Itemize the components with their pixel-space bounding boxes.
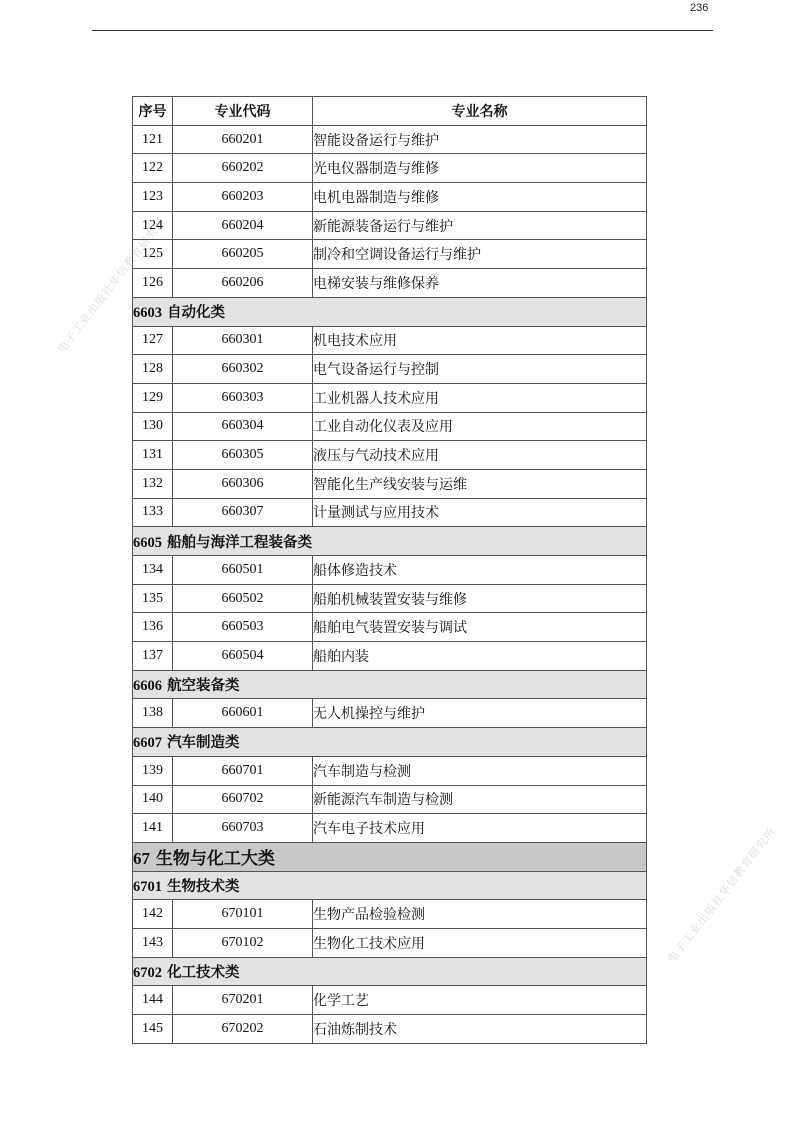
category-code: 6701 <box>133 879 162 895</box>
code-cell: 660303 <box>173 383 313 412</box>
name-cell: 汽车电子技术应用 <box>313 814 647 843</box>
name-cell: 汽车制造与检测 <box>313 756 647 785</box>
name-cell: 化学工艺 <box>313 986 647 1015</box>
name-cell: 船体修造技术 <box>313 556 647 585</box>
table-row: 142670101生物产品检验检测 <box>133 900 647 929</box>
category-cell: 6605 船舶与海洋工程装备类 <box>133 527 647 556</box>
table-row: 129660303工业机器人技术应用 <box>133 383 647 412</box>
name-cell: 计量测试与应用技术 <box>313 498 647 527</box>
table-row: 137660504船舶内装 <box>133 642 647 671</box>
name-cell: 电机电器制造与维修 <box>313 183 647 212</box>
category-cell: 6701 生物技术类 <box>133 871 647 900</box>
code-cell: 660304 <box>173 412 313 441</box>
table-row: 130660304工业自动化仪表及应用 <box>133 412 647 441</box>
category-name: 航空装备类 <box>167 678 240 694</box>
name-cell: 机电技术应用 <box>313 326 647 355</box>
seq-cell: 121 <box>133 125 173 154</box>
code-cell: 660203 <box>173 183 313 212</box>
seq-cell: 132 <box>133 469 173 498</box>
table-row: 139660701汽车制造与检测 <box>133 756 647 785</box>
code-cell: 660702 <box>173 785 313 814</box>
code-cell: 660202 <box>173 154 313 183</box>
category-code: 6606 <box>133 678 162 694</box>
table-row: 138660601无人机操控与维护 <box>133 699 647 728</box>
header-code: 专业代码 <box>173 97 313 126</box>
table-row: 123660203电机电器制造与维修 <box>133 183 647 212</box>
table-row: 145670202石油炼制技术 <box>133 1015 647 1044</box>
category-cell: 6603 自动化类 <box>133 297 647 326</box>
table-row: 121660201智能设备运行与维护 <box>133 125 647 154</box>
table-row: 132660306智能化生产线安装与运维 <box>133 469 647 498</box>
table-row: 144670201化学工艺 <box>133 986 647 1015</box>
code-cell: 660504 <box>173 642 313 671</box>
category-cell: 6702 化工技术类 <box>133 957 647 986</box>
table-row: 135660502船舶机械装置安装与维修 <box>133 584 647 613</box>
name-cell: 工业自动化仪表及应用 <box>313 412 647 441</box>
name-cell: 生物化工技术应用 <box>313 928 647 957</box>
seq-cell: 126 <box>133 269 173 298</box>
major-category-row: 67 生物与化工大类 <box>133 842 647 871</box>
code-cell: 670101 <box>173 900 313 929</box>
category-code: 6607 <box>133 735 162 751</box>
seq-cell: 138 <box>133 699 173 728</box>
name-cell: 生物产品检验检测 <box>313 900 647 929</box>
name-cell: 无人机操控与维护 <box>313 699 647 728</box>
code-cell: 660301 <box>173 326 313 355</box>
category-name: 生物技术类 <box>167 879 240 895</box>
code-cell: 660601 <box>173 699 313 728</box>
subcategory-row: 6606 航空装备类 <box>133 670 647 699</box>
name-cell: 光电仪器制造与维修 <box>313 154 647 183</box>
subcategory-row: 6702 化工技术类 <box>133 957 647 986</box>
category-name: 化工技术类 <box>167 965 240 981</box>
table-header-row: 序号 专业代码 专业名称 <box>133 97 647 126</box>
code-cell: 660206 <box>173 269 313 298</box>
category-code: 6702 <box>133 965 162 981</box>
seq-cell: 135 <box>133 584 173 613</box>
seq-cell: 128 <box>133 355 173 384</box>
name-cell: 制冷和空调设备运行与维护 <box>313 240 647 269</box>
code-cell: 660205 <box>173 240 313 269</box>
majors-table: 序号 专业代码 专业名称 121660201智能设备运行与维护122660202… <box>132 96 647 1044</box>
category-name: 船舶与海洋工程装备类 <box>167 535 312 551</box>
table-row: 125660205制冷和空调设备运行与维护 <box>133 240 647 269</box>
name-cell: 船舶机械装置安装与维修 <box>313 584 647 613</box>
code-cell: 660201 <box>173 125 313 154</box>
page-number: 236 <box>690 2 708 14</box>
seq-cell: 129 <box>133 383 173 412</box>
code-cell: 660302 <box>173 355 313 384</box>
table-row: 127660301机电技术应用 <box>133 326 647 355</box>
name-cell: 石油炼制技术 <box>313 1015 647 1044</box>
name-cell: 电气设备运行与控制 <box>313 355 647 384</box>
code-cell: 660307 <box>173 498 313 527</box>
code-cell: 660703 <box>173 814 313 843</box>
code-cell: 670201 <box>173 986 313 1015</box>
table-row: 136660503船舶电气装置安装与调试 <box>133 613 647 642</box>
seq-cell: 141 <box>133 814 173 843</box>
code-cell: 670102 <box>173 928 313 957</box>
code-cell: 660502 <box>173 584 313 613</box>
seq-cell: 144 <box>133 986 173 1015</box>
header-rule <box>92 30 713 31</box>
seq-cell: 124 <box>133 211 173 240</box>
table-row: 143670102生物化工技术应用 <box>133 928 647 957</box>
code-cell: 660306 <box>173 469 313 498</box>
table-row: 131660305液压与气动技术应用 <box>133 441 647 470</box>
seq-cell: 136 <box>133 613 173 642</box>
code-cell: 660305 <box>173 441 313 470</box>
table-row: 128660302电气设备运行与控制 <box>133 355 647 384</box>
subcategory-row: 6605 船舶与海洋工程装备类 <box>133 527 647 556</box>
subcategory-row: 6701 生物技术类 <box>133 871 647 900</box>
table-row: 133660307计量测试与应用技术 <box>133 498 647 527</box>
category-code: 67 <box>133 849 150 868</box>
seq-cell: 143 <box>133 928 173 957</box>
seq-cell: 142 <box>133 900 173 929</box>
header-seq: 序号 <box>133 97 173 126</box>
subcategory-row: 6607 汽车制造类 <box>133 728 647 757</box>
seq-cell: 139 <box>133 756 173 785</box>
category-name: 生物与化工大类 <box>156 849 275 869</box>
seq-cell: 137 <box>133 642 173 671</box>
code-cell: 670202 <box>173 1015 313 1044</box>
seq-cell: 134 <box>133 556 173 585</box>
table-row: 141660703汽车电子技术应用 <box>133 814 647 843</box>
seq-cell: 127 <box>133 326 173 355</box>
name-cell: 新能源汽车制造与检测 <box>313 785 647 814</box>
table-row: 122660202光电仪器制造与维修 <box>133 154 647 183</box>
name-cell: 船舶电气装置安装与调试 <box>313 613 647 642</box>
table-row: 134660501船体修造技术 <box>133 556 647 585</box>
category-name: 汽车制造类 <box>167 735 240 751</box>
name-cell: 新能源装备运行与维护 <box>313 211 647 240</box>
category-code: 6605 <box>133 535 162 551</box>
code-cell: 660204 <box>173 211 313 240</box>
code-cell: 660701 <box>173 756 313 785</box>
category-name: 自动化类 <box>167 305 225 321</box>
seq-cell: 145 <box>133 1015 173 1044</box>
seq-cell: 122 <box>133 154 173 183</box>
table-row: 126660206电梯安装与维修保养 <box>133 269 647 298</box>
watermark: 电子工业出版社华信教育研究所 <box>663 824 779 966</box>
category-code: 6603 <box>133 305 162 321</box>
name-cell: 智能化生产线安装与运维 <box>313 469 647 498</box>
name-cell: 电梯安装与维修保养 <box>313 269 647 298</box>
subcategory-row: 6603 自动化类 <box>133 297 647 326</box>
category-cell: 67 生物与化工大类 <box>133 842 647 871</box>
seq-cell: 131 <box>133 441 173 470</box>
name-cell: 智能设备运行与维护 <box>313 125 647 154</box>
seq-cell: 133 <box>133 498 173 527</box>
seq-cell: 125 <box>133 240 173 269</box>
category-cell: 6606 航空装备类 <box>133 670 647 699</box>
code-cell: 660503 <box>173 613 313 642</box>
header-name: 专业名称 <box>313 97 647 126</box>
name-cell: 工业机器人技术应用 <box>313 383 647 412</box>
name-cell: 液压与气动技术应用 <box>313 441 647 470</box>
seq-cell: 130 <box>133 412 173 441</box>
name-cell: 船舶内装 <box>313 642 647 671</box>
table-row: 140660702新能源汽车制造与检测 <box>133 785 647 814</box>
code-cell: 660501 <box>173 556 313 585</box>
table-row: 124660204新能源装备运行与维护 <box>133 211 647 240</box>
seq-cell: 140 <box>133 785 173 814</box>
category-cell: 6607 汽车制造类 <box>133 728 647 757</box>
seq-cell: 123 <box>133 183 173 212</box>
